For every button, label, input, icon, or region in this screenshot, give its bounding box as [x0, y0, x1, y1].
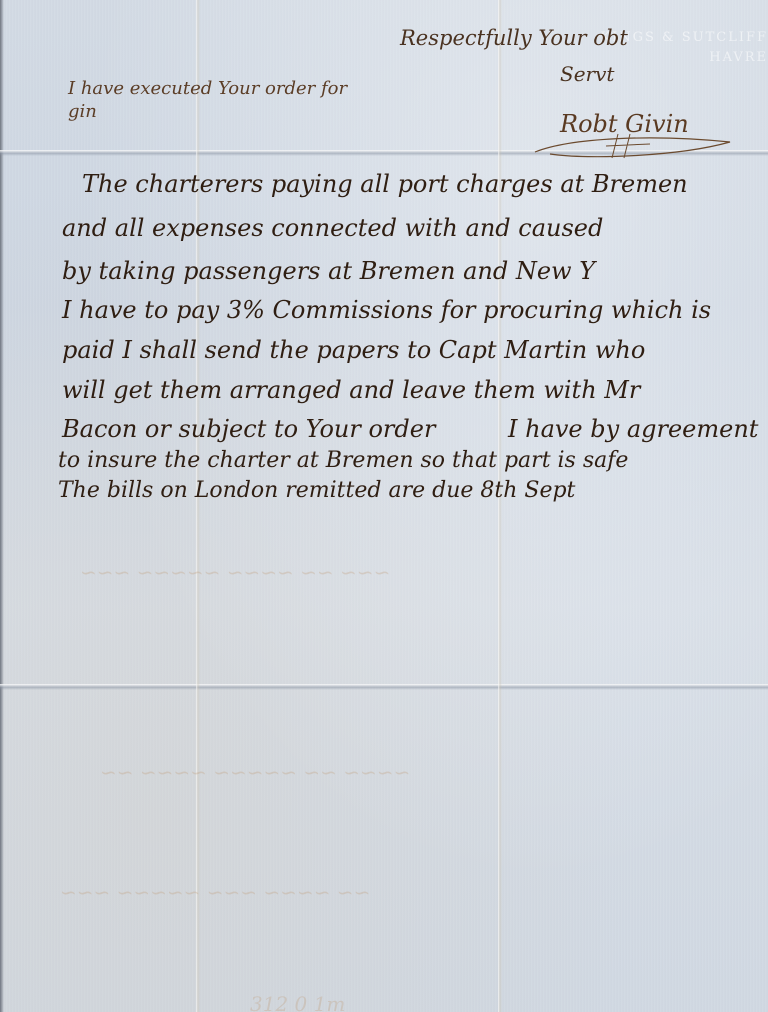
body-line-3: by taking passengers at Bremen and New Y: [62, 257, 595, 285]
body-line-7: Bacon or subject to Your order: [62, 415, 435, 443]
closing-servant: Servt: [560, 62, 614, 86]
bleed-through-text: ~~~ ~~ ~~~~ ~~~~~ ~~~: [80, 560, 390, 584]
bleed-through-text: ~~~~ ~~ ~~~~~ ~~~~ ~~: [100, 760, 410, 784]
body-line-9: The bills on London remitted are due 8th…: [58, 478, 575, 503]
body-line-8: to insure the charter at Bremen so that …: [58, 448, 628, 473]
fold-line-right: [498, 0, 502, 1012]
postscript-line-2: gin: [68, 101, 97, 122]
letter-page: KINGS & SUTCLIFF HAVRE I have executed Y…: [0, 0, 768, 1012]
bleed-through-text: ~~ ~~~~ ~~~ ~~~~~ ~~~: [60, 880, 370, 904]
body-line-2: and all expenses connected with and caus…: [62, 214, 603, 242]
signature-flourish-icon: [530, 130, 740, 160]
postscript-line-1: I have executed Your order for: [68, 78, 347, 99]
closing-phrase: Respectfully Your obt: [400, 26, 628, 50]
body-line-7b: I have by agreement: [508, 415, 758, 443]
fold-line-middle: [0, 684, 768, 690]
body-line-1: The charterers paying all port charges a…: [82, 170, 688, 198]
body-line-6: will get them arranged and leave them wi…: [62, 376, 640, 404]
body-line-4: I have to pay 3% Commissions for procuri…: [62, 296, 711, 324]
body-line-5: paid I shall send the papers to Capt Mar…: [62, 336, 645, 364]
letterhead-line-2: HAVRE: [518, 48, 768, 68]
bleed-through-number: 312 0 1m: [250, 992, 345, 1012]
fold-line-left: [196, 0, 200, 1012]
